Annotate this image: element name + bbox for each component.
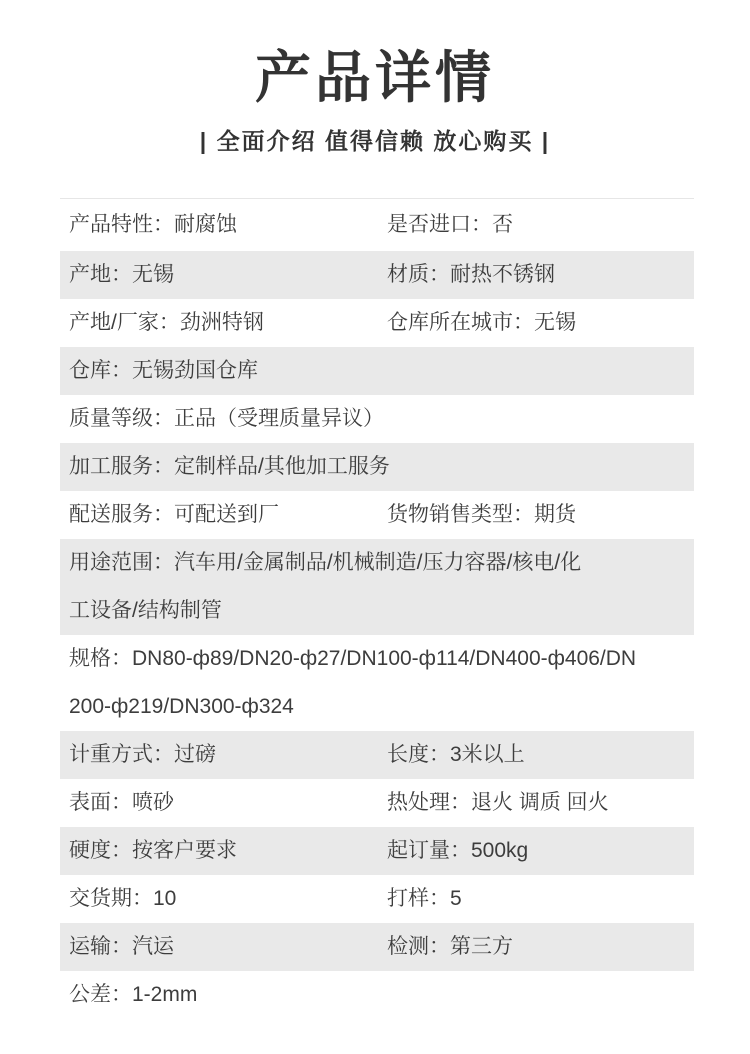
spec-row-tolerance: 公差：1-2mm bbox=[60, 971, 694, 1019]
spec-row-usage-scope: 用途范围：汽车用/金属制品/机械制造/压力容器/核电/化 工设备/结构制管 bbox=[60, 539, 694, 635]
spec-cell: 用途范围：汽车用/金属制品/机械制造/压力容器/核电/化 bbox=[60, 539, 694, 587]
spec-row-quality-grade: 质量等级：正品（受理质量异议） bbox=[60, 395, 694, 443]
spec-cell: 加工服务：定制样品/其他加工服务 bbox=[60, 443, 390, 491]
spec-cell: 热处理：退火 调质 回火 bbox=[387, 779, 694, 827]
spec-cell: 检测：第三方 bbox=[387, 923, 694, 971]
spec-cell: 规格：DN80-ф89/DN20-ф27/DN100-ф114/DN400-ф4… bbox=[60, 635, 694, 683]
spec-cell: 起订量：500kg bbox=[387, 827, 694, 875]
spec-cell: 表面：喷砂 bbox=[60, 779, 387, 827]
spec-row-origin: 产地：无锡 材质：耐热不锈钢 bbox=[60, 251, 694, 299]
spec-cell: 是否进口：否 bbox=[387, 199, 694, 251]
page-subtitle: | 全面介绍 值得信赖 放心购买 | bbox=[0, 126, 750, 156]
spec-row-surface: 表面：喷砂 热处理：退火 调质 回火 bbox=[60, 779, 694, 827]
spec-row-weighing-method: 计重方式：过磅 长度：3米以上 bbox=[60, 731, 694, 779]
spec-cell: 公差：1-2mm bbox=[60, 971, 387, 1019]
spec-cell: 计重方式：过磅 bbox=[60, 731, 387, 779]
spec-cell: 配送服务：可配送到厂 bbox=[60, 491, 387, 539]
spec-cell: 200-ф219/DN300-ф324 bbox=[60, 683, 694, 731]
spec-cell: 材质：耐热不锈钢 bbox=[387, 251, 694, 299]
spec-row-processing-service: 加工服务：定制样品/其他加工服务 bbox=[60, 443, 694, 491]
spec-cell: 仓库：无锡劲国仓库 bbox=[60, 347, 387, 395]
spec-row-hardness: 硬度：按客户要求 起订量：500kg bbox=[60, 827, 694, 875]
spec-table: 产品特性：耐腐蚀 是否进口：否 产地：无锡 材质：耐热不锈钢 产地/厂家：劲洲特… bbox=[60, 198, 694, 1019]
spec-cell: 产品特性：耐腐蚀 bbox=[60, 199, 387, 251]
spec-row-specifications: 规格：DN80-ф89/DN20-ф27/DN100-ф114/DN400-ф4… bbox=[60, 635, 694, 731]
spec-row-delivery-time: 交货期：10 打样：5 bbox=[60, 875, 694, 923]
spec-cell: 仓库所在城市：无锡 bbox=[387, 299, 694, 347]
spec-cell: 交货期：10 bbox=[60, 875, 387, 923]
spec-cell: 打样：5 bbox=[387, 875, 694, 923]
spec-cell: 质量等级：正品（受理质量异议） bbox=[60, 395, 387, 443]
spec-row-delivery-service: 配送服务：可配送到厂 货物销售类型：期货 bbox=[60, 491, 694, 539]
spec-cell: 产地/厂家：劲洲特钢 bbox=[60, 299, 387, 347]
spec-row-transport: 运输：汽运 检测：第三方 bbox=[60, 923, 694, 971]
page-title: 产品详情 bbox=[0, 46, 750, 110]
spec-row-warehouse: 仓库：无锡劲国仓库 bbox=[60, 347, 694, 395]
product-detail-page: 产品详情 | 全面介绍 值得信赖 放心购买 | 产品特性：耐腐蚀 是否进口：否 … bbox=[0, 0, 750, 1054]
spec-cell: 产地：无锡 bbox=[60, 251, 387, 299]
spec-row-manufacturer: 产地/厂家：劲洲特钢 仓库所在城市：无锡 bbox=[60, 299, 694, 347]
spec-cell: 工设备/结构制管 bbox=[60, 587, 694, 635]
header: 产品详情 | 全面介绍 值得信赖 放心购买 | bbox=[0, 0, 750, 156]
spec-cell: 硬度：按客户要求 bbox=[60, 827, 387, 875]
spec-cell: 货物销售类型：期货 bbox=[387, 491, 694, 539]
spec-row-product-feature: 产品特性：耐腐蚀 是否进口：否 bbox=[60, 199, 694, 251]
spec-cell: 运输：汽运 bbox=[60, 923, 387, 971]
spec-cell: 长度：3米以上 bbox=[387, 731, 694, 779]
